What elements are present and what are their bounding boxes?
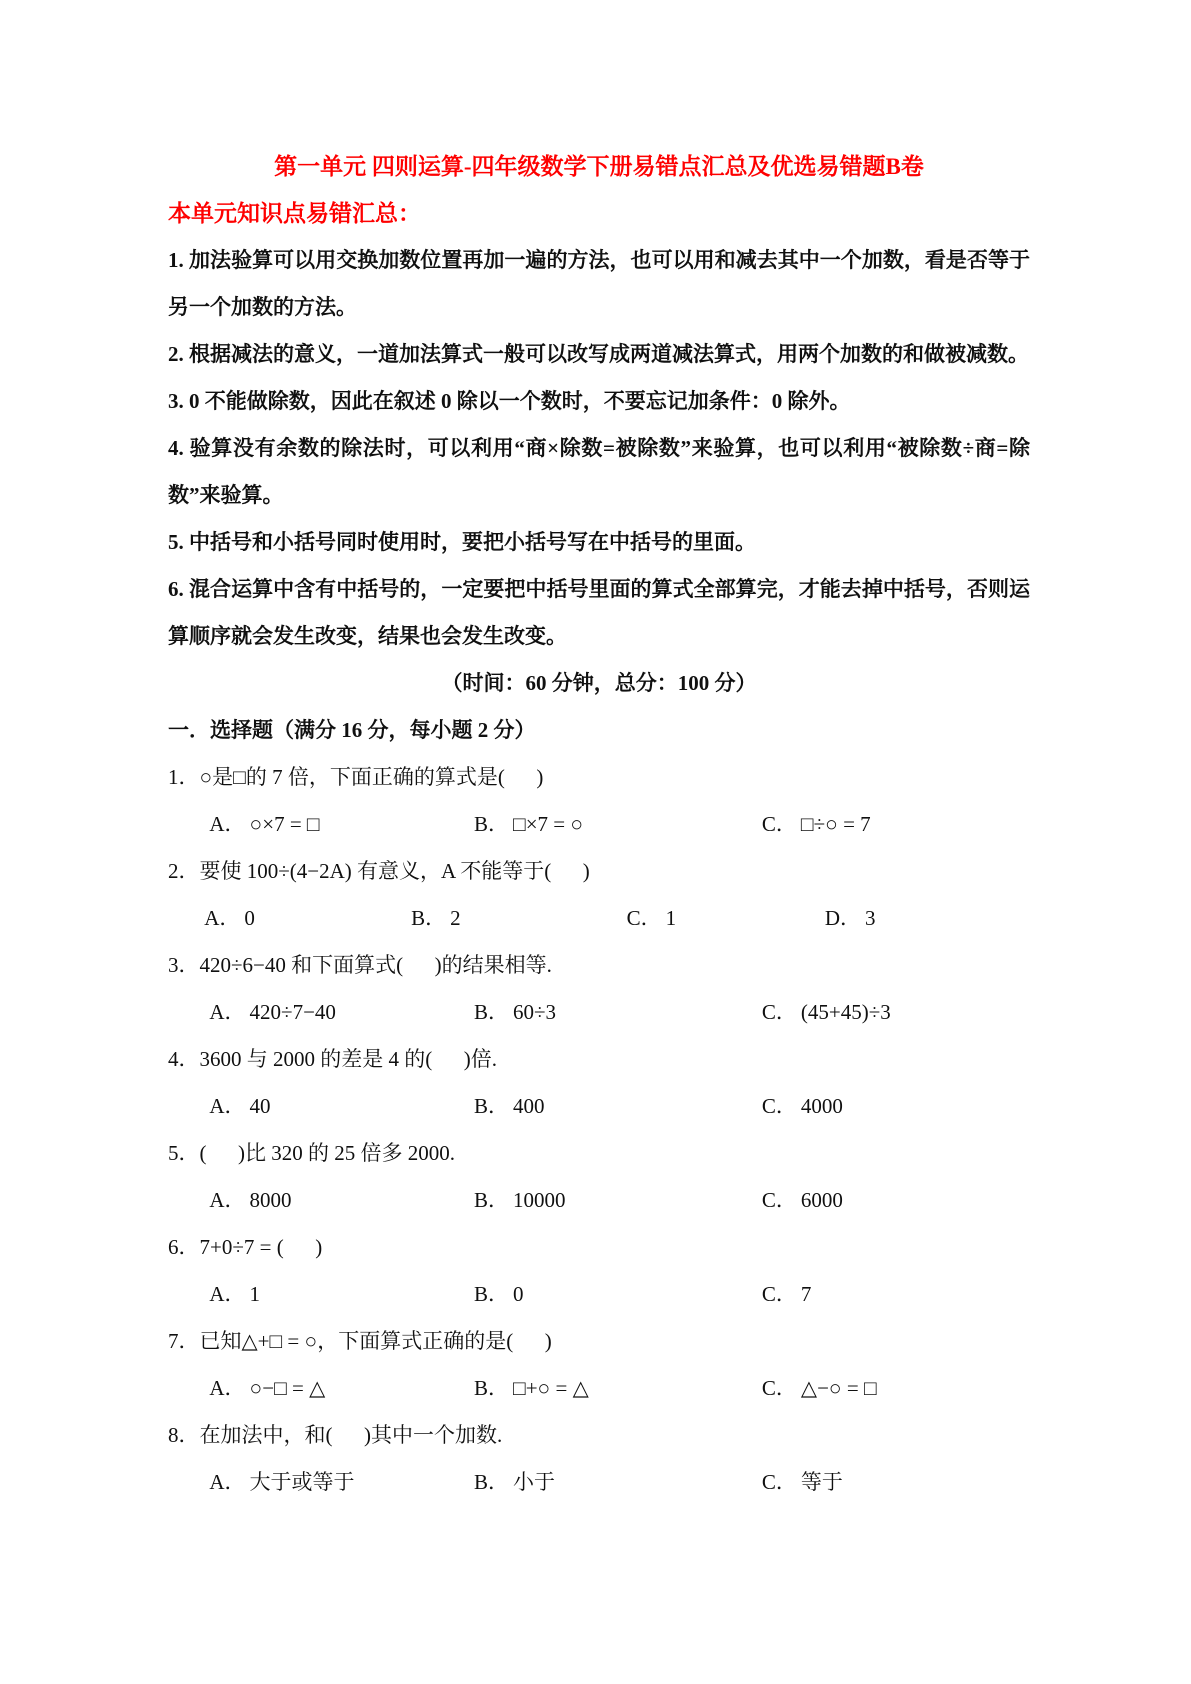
- question-5: 5．( )比 320 的 25 倍多 2000. A．8000 B．10000 …: [168, 1130, 1030, 1224]
- question-1: 1．○是□的 7 倍，下面正确的算式是( ) A．○×7 = □ B．□×7 =…: [168, 754, 1030, 848]
- option-label: A．: [209, 1094, 245, 1118]
- question-3: 3．420÷6−40 和下面算式( )的结果相等. A．420÷7−40 B．6…: [168, 942, 1030, 1036]
- option-label: B．: [474, 1282, 509, 1306]
- option-value: 1: [250, 1282, 261, 1306]
- option-label: A．: [209, 1282, 245, 1306]
- option-label: A．: [209, 1188, 245, 1212]
- option-value: 420÷7−40: [250, 1000, 336, 1024]
- question-5-option-b: B．10000: [474, 1177, 566, 1224]
- option-value: (45+45)÷3: [801, 1000, 891, 1024]
- option-value: 大于或等于: [250, 1470, 355, 1494]
- option-value: 40: [250, 1094, 271, 1118]
- question-6-options: A．1 B．0 C．7: [168, 1271, 1030, 1318]
- option-value: 10000: [513, 1188, 566, 1212]
- question-7: 7．已知△+□ = ○，下面算式正确的是( ) A．○−□ = △ B．□+○ …: [168, 1318, 1030, 1412]
- question-2-option-d: D．3: [825, 895, 876, 942]
- question-7-text: 7．已知△+□ = ○，下面算式正确的是( ): [168, 1318, 1030, 1365]
- exam-time-score-info: （时间：60 分钟，总分：100 分）: [168, 660, 1030, 707]
- option-value: ○×7 = □: [250, 812, 320, 836]
- option-value: 8000: [250, 1188, 292, 1212]
- question-3-options: A．420÷7−40 B．60÷3 C．(45+45)÷3: [168, 989, 1030, 1036]
- knowledge-point-3: 3. 0 不能做除数，因此在叙述 0 除以一个数时，不要忘记加条件：0 除外。: [168, 378, 1030, 425]
- question-4-option-a: A．40: [209, 1083, 270, 1130]
- question-8: 8．在加法中，和( )其中一个加数. A．大于或等于 B．小于 C．等于: [168, 1412, 1030, 1506]
- question-3-text: 3．420÷6−40 和下面算式( )的结果相等.: [168, 942, 1030, 989]
- option-value: □+○ = △: [513, 1376, 589, 1400]
- question-1-option-b: B．□×7 = ○: [474, 801, 583, 848]
- question-3-option-a: A．420÷7−40: [209, 989, 336, 1036]
- question-4: 4．3600 与 2000 的差是 4 的( )倍. A．40 B．400 C．…: [168, 1036, 1030, 1130]
- question-4-option-b: B．400: [474, 1083, 545, 1130]
- question-1-option-c: C．□÷○ = 7: [762, 801, 871, 848]
- question-8-option-c: C．等于: [762, 1459, 843, 1506]
- question-7-option-c: C．△−○ = □: [762, 1365, 877, 1412]
- option-label: A．: [209, 812, 245, 836]
- option-label: A．: [204, 906, 240, 930]
- option-value: 7: [801, 1282, 812, 1306]
- option-label: C．: [627, 906, 662, 930]
- option-label: B．: [474, 1188, 509, 1212]
- option-label: C．: [762, 1376, 797, 1400]
- option-label: C．: [762, 812, 797, 836]
- option-label: C．: [762, 1188, 797, 1212]
- question-2-option-c: C．1: [627, 895, 677, 942]
- question-3-option-c: C．(45+45)÷3: [762, 989, 891, 1036]
- question-8-text: 8．在加法中，和( )其中一个加数.: [168, 1412, 1030, 1459]
- question-4-options: A．40 B．400 C．4000: [168, 1083, 1030, 1130]
- question-6-option-b: B．0: [474, 1271, 524, 1318]
- question-4-text: 4．3600 与 2000 的差是 4 的( )倍.: [168, 1036, 1030, 1083]
- option-value: 0: [244, 906, 255, 930]
- option-label: C．: [762, 1470, 797, 1494]
- knowledge-point-6: 6. 混合运算中含有中括号的，一定要把中括号里面的算式全部算完，才能去掉中括号，…: [168, 566, 1030, 660]
- option-label: D．: [825, 906, 861, 930]
- knowledge-point-5: 5. 中括号和小括号同时使用时，要把小括号写在中括号的里面。: [168, 519, 1030, 566]
- option-value: 1: [666, 906, 677, 930]
- question-2-option-a: A．0: [204, 895, 255, 942]
- question-6-option-c: C．7: [762, 1271, 812, 1318]
- option-label: C．: [762, 1000, 797, 1024]
- option-value: 0: [513, 1282, 524, 1306]
- option-value: ○−□ = △: [250, 1376, 326, 1400]
- option-value: 3: [865, 906, 876, 930]
- option-value: 小于: [513, 1470, 555, 1494]
- question-1-option-a: A．○×7 = □: [209, 801, 319, 848]
- question-8-option-b: B．小于: [474, 1459, 555, 1506]
- option-value: 等于: [801, 1470, 843, 1494]
- option-value: 6000: [801, 1188, 843, 1212]
- knowledge-summary-heading: 本单元知识点易错汇总：: [168, 190, 1030, 237]
- question-3-option-b: B．60÷3: [474, 989, 556, 1036]
- question-5-options: A．8000 B．10000 C．6000: [168, 1177, 1030, 1224]
- question-1-options: A．○×7 = □ B．□×7 = ○ C．□÷○ = 7: [168, 801, 1030, 848]
- option-label: A．: [209, 1470, 245, 1494]
- option-label: B．: [474, 1376, 509, 1400]
- option-label: B．: [474, 1094, 509, 1118]
- question-5-text: 5．( )比 320 的 25 倍多 2000.: [168, 1130, 1030, 1177]
- question-7-options: A．○−□ = △ B．□+○ = △ C．△−○ = □: [168, 1365, 1030, 1412]
- question-6-text: 6．7+0÷7 = ( ): [168, 1224, 1030, 1271]
- question-8-option-a: A．大于或等于: [209, 1459, 354, 1506]
- option-value: □×7 = ○: [513, 812, 583, 836]
- question-2: 2．要使 100÷(4−2A) 有意义，A 不能等于( ) A．0 B．2 C．…: [168, 848, 1030, 942]
- option-value: △−○ = □: [801, 1376, 877, 1400]
- knowledge-point-4: 4. 验算没有余数的除法时，可以利用“商×除数=被除数”来验算，也可以利用“被除…: [168, 425, 1030, 519]
- question-6-option-a: A．1: [209, 1271, 260, 1318]
- option-value: 60÷3: [513, 1000, 556, 1024]
- option-label: B．: [474, 1470, 509, 1494]
- question-7-option-a: A．○−□ = △: [209, 1365, 325, 1412]
- option-value: □÷○ = 7: [801, 812, 871, 836]
- question-5-option-a: A．8000: [209, 1177, 291, 1224]
- option-value: 4000: [801, 1094, 843, 1118]
- option-label: B．: [474, 812, 509, 836]
- option-label: B．: [474, 1000, 509, 1024]
- question-8-options: A．大于或等于 B．小于 C．等于: [168, 1459, 1030, 1506]
- question-7-option-b: B．□+○ = △: [474, 1365, 589, 1412]
- knowledge-point-1: 1. 加法验算可以用交换加数位置再加一遍的方法，也可以用和减去其中一个加数，看是…: [168, 237, 1030, 331]
- question-4-option-c: C．4000: [762, 1083, 843, 1130]
- option-label: A．: [209, 1376, 245, 1400]
- option-value: 400: [513, 1094, 545, 1118]
- option-label: C．: [762, 1282, 797, 1306]
- option-value: 2: [450, 906, 461, 930]
- option-label: C．: [762, 1094, 797, 1118]
- question-1-text: 1．○是□的 7 倍，下面正确的算式是( ): [168, 754, 1030, 801]
- question-2-options: A．0 B．2 C．1 D．3: [168, 895, 1030, 942]
- question-2-text: 2．要使 100÷(4−2A) 有意义，A 不能等于( ): [168, 848, 1030, 895]
- knowledge-point-2: 2. 根据减法的意义，一道加法算式一般可以改写成两道减法算式，用两个加数的和做被…: [168, 331, 1030, 378]
- worksheet-page: 第一单元 四则运算-四年级数学下册易错点汇总及优选易错题B卷 本单元知识点易错汇…: [0, 0, 1191, 1684]
- document-title: 第一单元 四则运算-四年级数学下册易错点汇总及优选易错题B卷: [168, 143, 1030, 190]
- question-2-option-b: B．2: [411, 895, 461, 942]
- question-5-option-c: C．6000: [762, 1177, 843, 1224]
- option-label: A．: [209, 1000, 245, 1024]
- question-6: 6．7+0÷7 = ( ) A．1 B．0 C．7: [168, 1224, 1030, 1318]
- option-label: B．: [411, 906, 446, 930]
- part1-heading: 一．选择题（满分 16 分，每小题 2 分）: [168, 707, 1030, 754]
